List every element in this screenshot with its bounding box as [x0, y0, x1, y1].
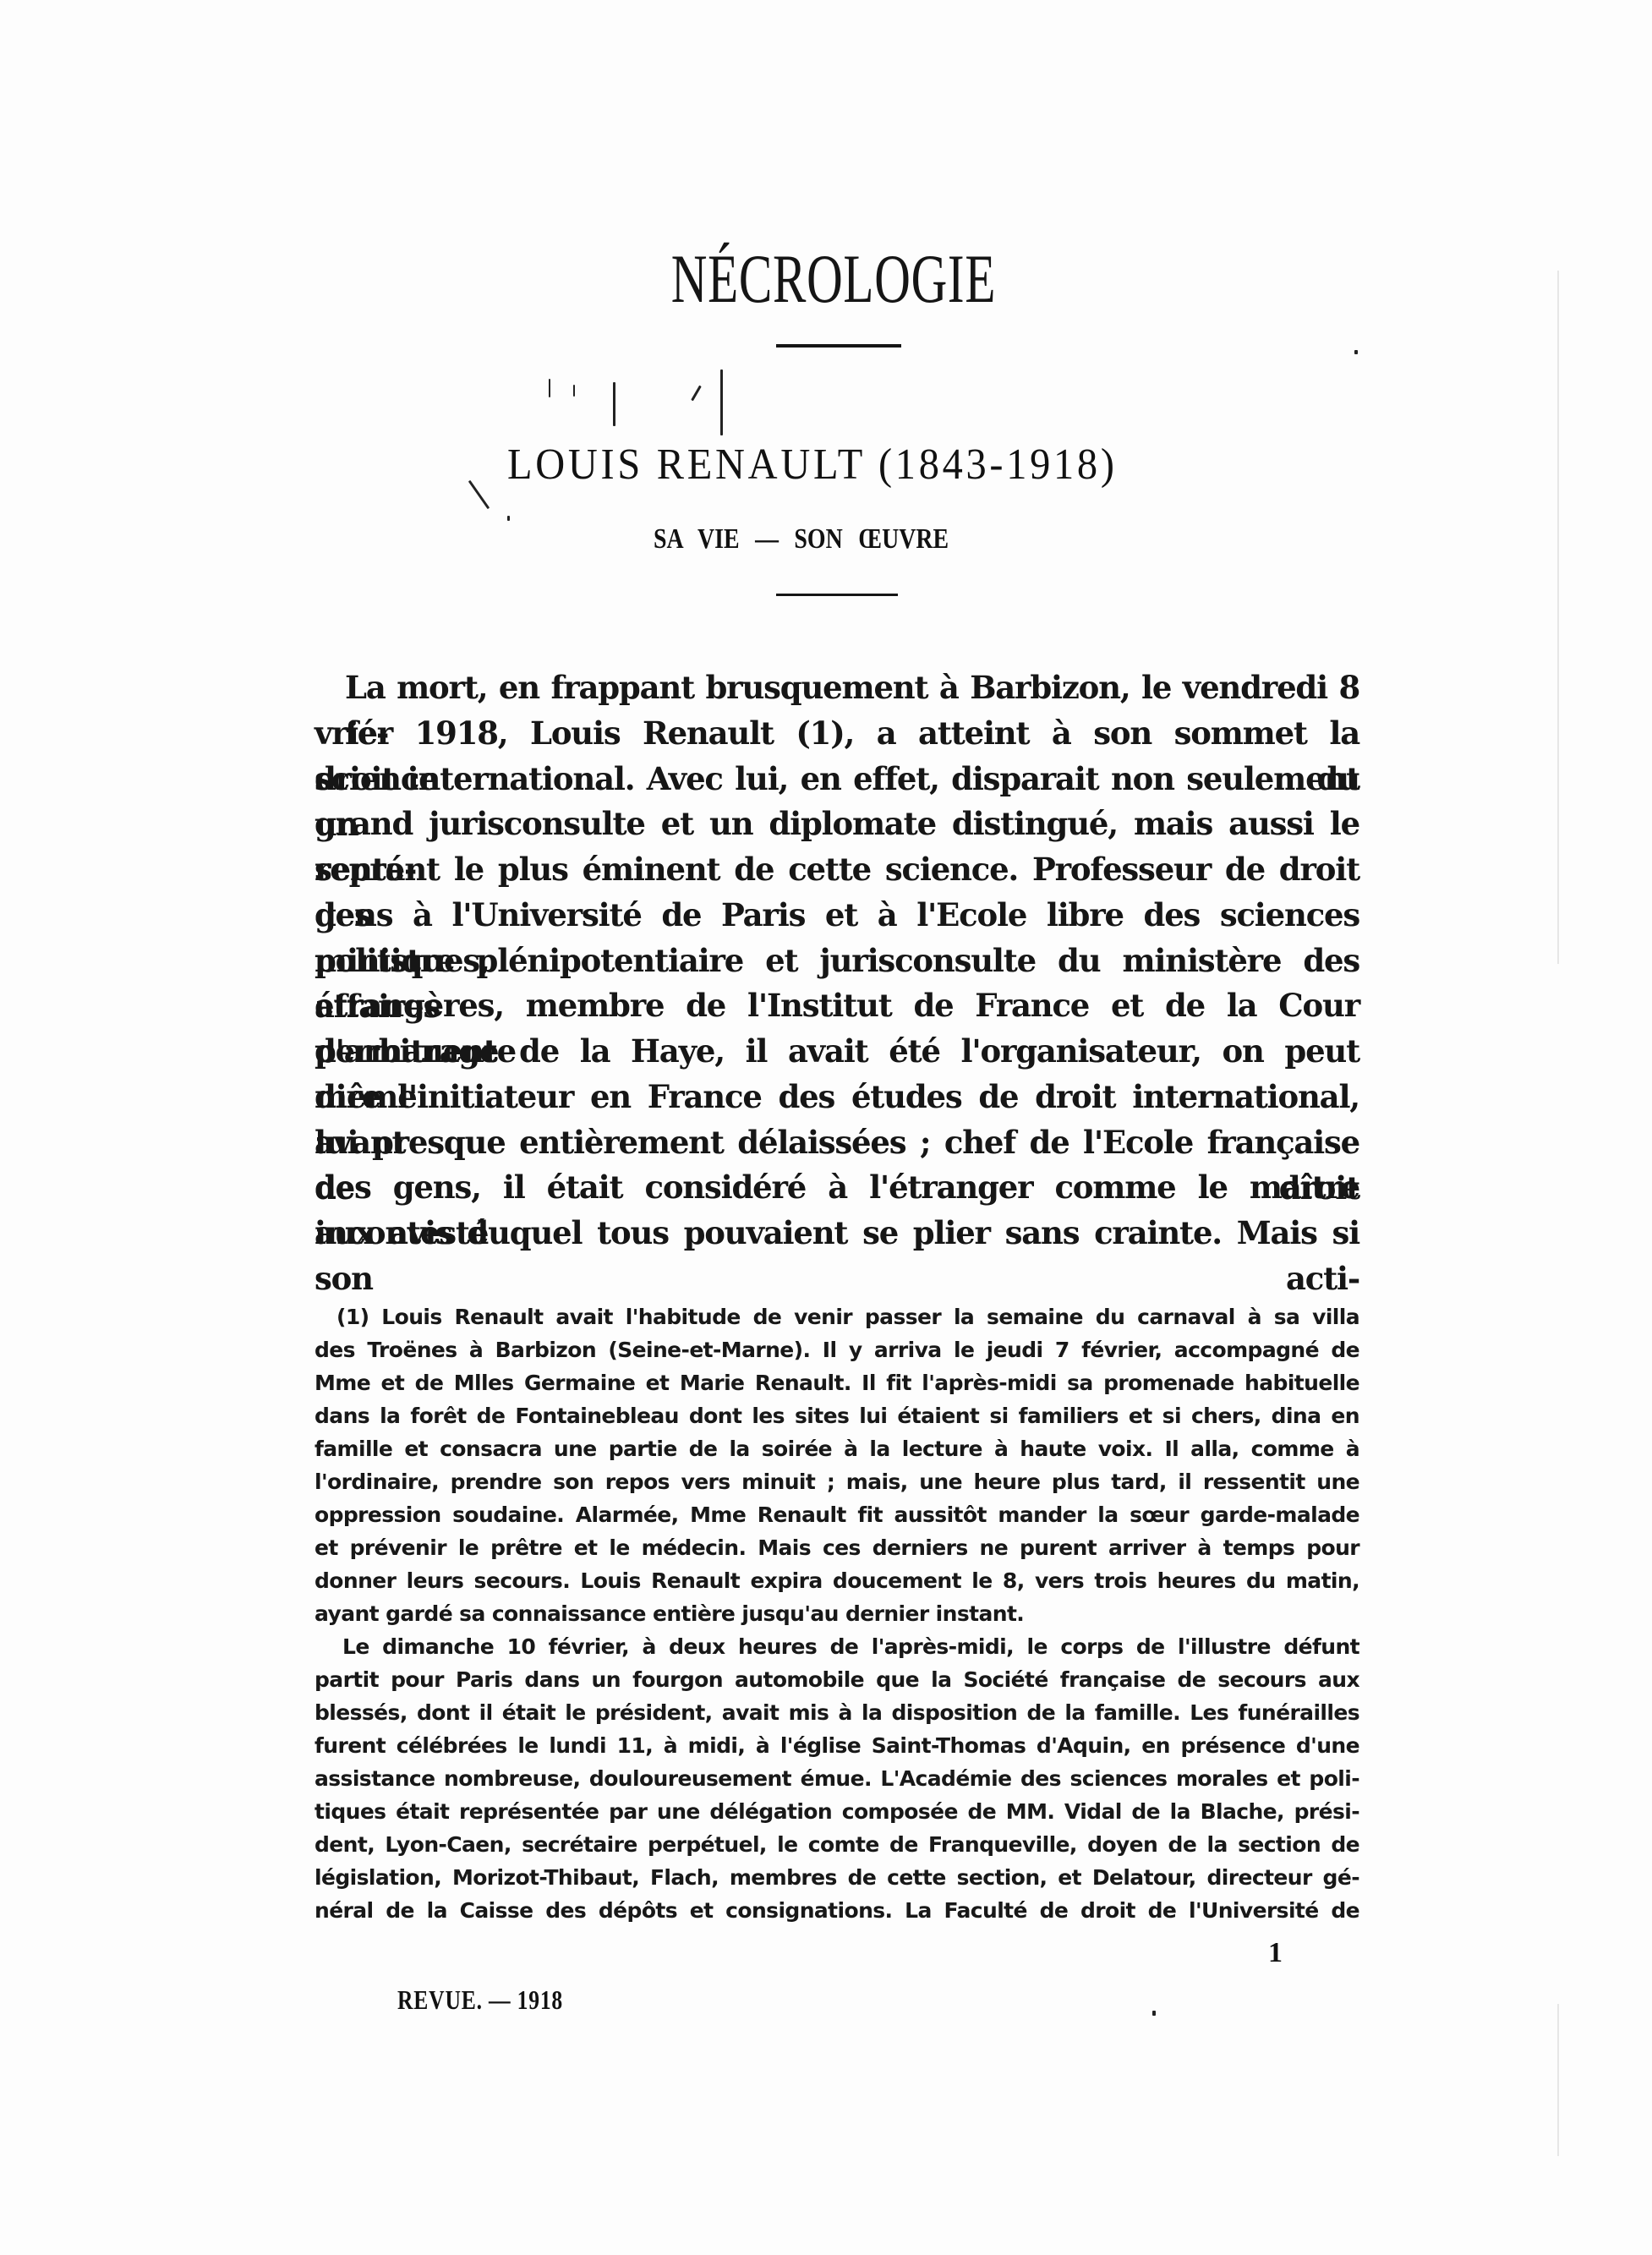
scan-speck: [613, 382, 615, 426]
footnote-line: Le dimanche 10 février, à deux heures de…: [342, 1630, 1359, 1663]
footnote-line: oppression soudaine. Alarmée, Mme Renaul…: [315, 1498, 1359, 1531]
scan-speck: [507, 516, 510, 521]
section-heading: NÉCROLOGIE: [0, 245, 1652, 313]
body-line: étrangères, membre de l'Institut de Fran…: [315, 982, 1359, 1028]
scan-edge-marks: [1557, 2004, 1559, 2156]
body-line: aux avis duquel tous pouvaient se plier …: [315, 1210, 1359, 1256]
scan-speck: [573, 385, 575, 397]
article-subtitle: SA VIE — SON ŒUVRE: [654, 523, 1014, 556]
footnote-line: (1) Louis Renault avait l'habitude de ve…: [336, 1300, 1359, 1333]
body-line: lui presque entièrement délaissées ; che…: [315, 1119, 1359, 1165]
scan-edge-marks: [1557, 271, 1559, 964]
body-line: gens à l'Université de Paris et à l'Ecol…: [315, 892, 1359, 938]
body-line: sentant le plus éminent de cette science…: [315, 846, 1359, 892]
body-line: dire l'initiateur en France des études d…: [315, 1074, 1359, 1119]
body-line: des gens, il était considéré à l'étrange…: [315, 1164, 1359, 1210]
footnote-line: législation, Morizot-Thibaut, Flach, mem…: [315, 1861, 1359, 1894]
subtitle-divider: [776, 594, 898, 596]
footnote-line: blessés, dont il était le président, ava…: [315, 1696, 1359, 1729]
page-number: 1: [1268, 1936, 1283, 1970]
article-subtitle-text: SA VIE — SON ŒUVRE: [654, 523, 949, 556]
body-line: d'arbitrage de la Haye, il avait été l'o…: [315, 1028, 1359, 1074]
footnote-line: famille et consacra une partie de la soi…: [315, 1432, 1359, 1465]
footnote-line: dans la forêt de Fontainebleau dont les …: [315, 1399, 1359, 1432]
heading-divider: [776, 344, 901, 348]
body-line: ministre plénipotentiaire et jurisconsul…: [315, 938, 1359, 983]
scan-speck: [1152, 2011, 1156, 2016]
scan-speck: [691, 386, 702, 402]
footnote-line: et prévenir le prêtre et le médecin. Mai…: [315, 1531, 1359, 1564]
article-title: LOUIS RENAULT (1843-1918): [507, 441, 1184, 489]
scan-speck: [468, 480, 490, 509]
body-line: grand jurisconsulte et un diplomate dist…: [315, 801, 1359, 846]
footnote-line: Mme et de Mlles Germaine et Marie Renaul…: [315, 1366, 1359, 1399]
footnote-line: des Troënes à Barbizon (Seine-et-Marne).…: [315, 1333, 1359, 1366]
footnote-line: furent célébrées le lundi 11, à midi, à …: [315, 1729, 1359, 1762]
section-heading-text: NÉCROLOGIE: [671, 245, 996, 313]
scan-speck: [720, 369, 723, 435]
footnote-line: donner leurs secours. Louis Renault expi…: [315, 1564, 1359, 1597]
footnote-line: l'ordinaire, prendre son repos vers minu…: [315, 1465, 1359, 1498]
scan-speck: [1354, 350, 1358, 354]
article-title-text: LOUIS RENAULT (1843-1918): [507, 441, 1118, 489]
body-line: droit international. Avec lui, en effet,…: [315, 756, 1359, 802]
footnote-line: dent, Lyon-Caen, secrétaire perpétuel, l…: [315, 1828, 1359, 1861]
footnote-line: néral de la Caisse des dépôts et consign…: [315, 1894, 1359, 1927]
journal-signature: REVUE. — 1918: [397, 1983, 563, 2017]
footnote-line: partit pour Paris dans un fourgon automo…: [315, 1663, 1359, 1696]
scan-speck: [549, 379, 550, 397]
footnote-line: tiques était représentée par une délégat…: [315, 1795, 1359, 1828]
body-line: vrier 1918, Louis Renault (1), a atteint…: [315, 710, 1359, 756]
footnote-line: ayant gardé sa connaissance entière jusq…: [315, 1597, 1359, 1630]
footnote-line: assistance nombreuse, douloureusement ém…: [315, 1762, 1359, 1795]
body-line: La mort, en frappant brusquement à Barbi…: [345, 665, 1359, 710]
